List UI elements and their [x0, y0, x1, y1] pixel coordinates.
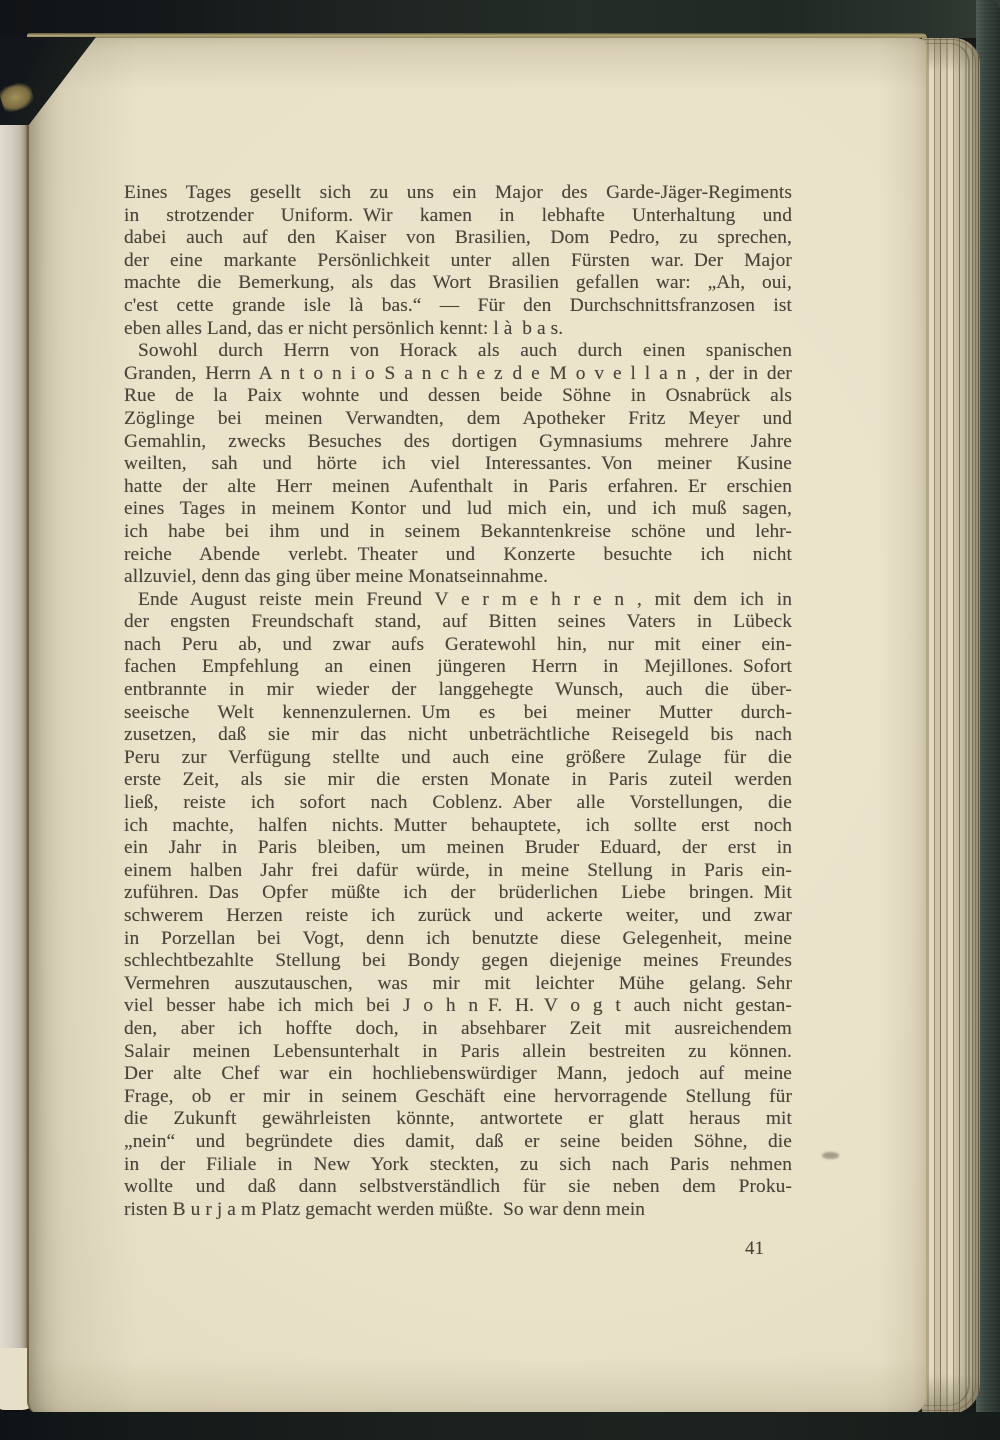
text-line: zusetzen, daß sie mir das nicht unbeträc…	[124, 724, 792, 747]
text-line: Granden, Herrn A n t o n i o S a n c h e…	[124, 363, 792, 386]
text-line: Der alte Chef war ein hochliebenswürdige…	[124, 1063, 792, 1086]
text-line: seeische Welt kennenzulernen. Um es bei …	[124, 702, 792, 725]
paragraph: Ende August reiste mein Freund V e r m e…	[124, 589, 792, 1222]
text-line: der engsten Freundschaft stand, auf Bitt…	[124, 611, 792, 634]
text-line: der eine markante Persönlichkeit unter a…	[124, 250, 792, 273]
book-photo: Eines Tages gesellt sich zu uns ein Majo…	[0, 0, 1000, 1440]
text-block: Eines Tages gesellt sich zu uns ein Majo…	[124, 182, 792, 1221]
text-line: nach Peru ab, und zwar aufs Geratewohl h…	[124, 634, 792, 657]
text-line: Sowohl durch Herrn von Horack als auch d…	[124, 340, 792, 363]
text-line: in strotzender Uniform. Wir kamen in leb…	[124, 205, 792, 228]
text-line: Peru zur Verfügung stellte und auch eine…	[124, 747, 792, 770]
page-stack-edges	[922, 38, 980, 1414]
text-line: weilten, sah und hörte ich viel Interess…	[124, 453, 792, 476]
text-line: erste Zeit, als sie mir die ersten Monat…	[124, 769, 792, 792]
text-line: einem halben Jahr frei dafür würde, in m…	[124, 860, 792, 883]
text-line: risten B u r j a m Platz gemacht werden …	[124, 1199, 792, 1222]
book-page: Eines Tages gesellt sich zu uns ein Majo…	[27, 38, 927, 1415]
text-line: Eines Tages gesellt sich zu uns ein Majo…	[124, 182, 792, 205]
text-line: „nein“ und begründete dies damit, daß er…	[124, 1131, 792, 1154]
text-line: zuführen. Das Opfer müßte ich der brüder…	[124, 882, 792, 905]
text-line: ich habe bei ihm und in seinem Bekannten…	[124, 521, 792, 544]
text-line: ein Jahr in Paris bleiben, um meinen Bru…	[124, 837, 792, 860]
text-line: die Zukunft gewährleisten könnte, antwor…	[124, 1108, 792, 1131]
text-line: dabei auch auf den Kaiser von Brasilien,…	[124, 227, 792, 250]
text-line: hatte der alte Herr meinen Aufenthalt in…	[124, 476, 792, 499]
text-line: viel besser habe ich mich bei J o h n F.…	[124, 995, 792, 1018]
text-line: eines Tages in meinem Kontor und lud mic…	[124, 498, 792, 521]
text-line: eben alles Land, das er nicht persönlich…	[124, 318, 792, 341]
paragraph: Sowohl durch Herrn von Horack als auch d…	[124, 340, 792, 589]
text-line: Ende August reiste mein Freund V e r m e…	[124, 589, 792, 612]
text-line: allzuviel, denn das ging über meine Mona…	[124, 566, 792, 589]
text-line: wollte und daß dann selbstverständlich f…	[124, 1176, 792, 1199]
text-line: entbrannte in mir wieder der langgehegte…	[124, 679, 792, 702]
facing-page-edge	[0, 112, 27, 1396]
paragraph: Eines Tages gesellt sich zu uns ein Majo…	[124, 182, 792, 340]
text-line: in der Filiale in New York steckten, zu …	[124, 1154, 792, 1177]
text-line: Salair meinen Lebensunterhalt in Paris a…	[124, 1041, 792, 1064]
text-line: Gemahlin, zwecks Besuches des dortigen G…	[124, 431, 792, 454]
text-line: Rue de la Paix wohnte und dessen beide S…	[124, 385, 792, 408]
text-line: ließ, reiste ich sofort nach Coblenz. Ab…	[124, 792, 792, 815]
text-line: den, aber ich hoffte doch, in absehbarer…	[124, 1018, 792, 1041]
text-line: c'est cette grande isle là bas.“ — Für d…	[124, 295, 792, 318]
text-line: ich machte, halfen nichts. Mutter behaup…	[124, 815, 792, 838]
text-line: schwerem Herzen reiste ich zurück und ac…	[124, 905, 792, 928]
text-line: in Porzellan bei Vogt, denn ich benutzte…	[124, 928, 792, 951]
page-number: 41	[719, 1238, 764, 1260]
text-line: Frage, ob er mir in seinem Geschäft eine…	[124, 1086, 792, 1109]
text-line: Zöglinge bei meinen Verwandten, dem Apot…	[124, 408, 792, 431]
text-line: fachen Empfehlung an einen jüngeren Herr…	[124, 656, 792, 679]
smudge-mark	[822, 1152, 839, 1159]
book-cover-bottom-edge	[0, 1412, 1000, 1440]
text-line: schlechtbezahlte Stellung bei Bondy gege…	[124, 950, 792, 973]
text-line: machte die Bemerkung, als das Wort Brasi…	[124, 272, 792, 295]
text-line: reiche Abende verlebt. Theater und Konze…	[124, 544, 792, 567]
text-line: Vermehren auszutauschen, was mir mit lei…	[124, 973, 792, 996]
